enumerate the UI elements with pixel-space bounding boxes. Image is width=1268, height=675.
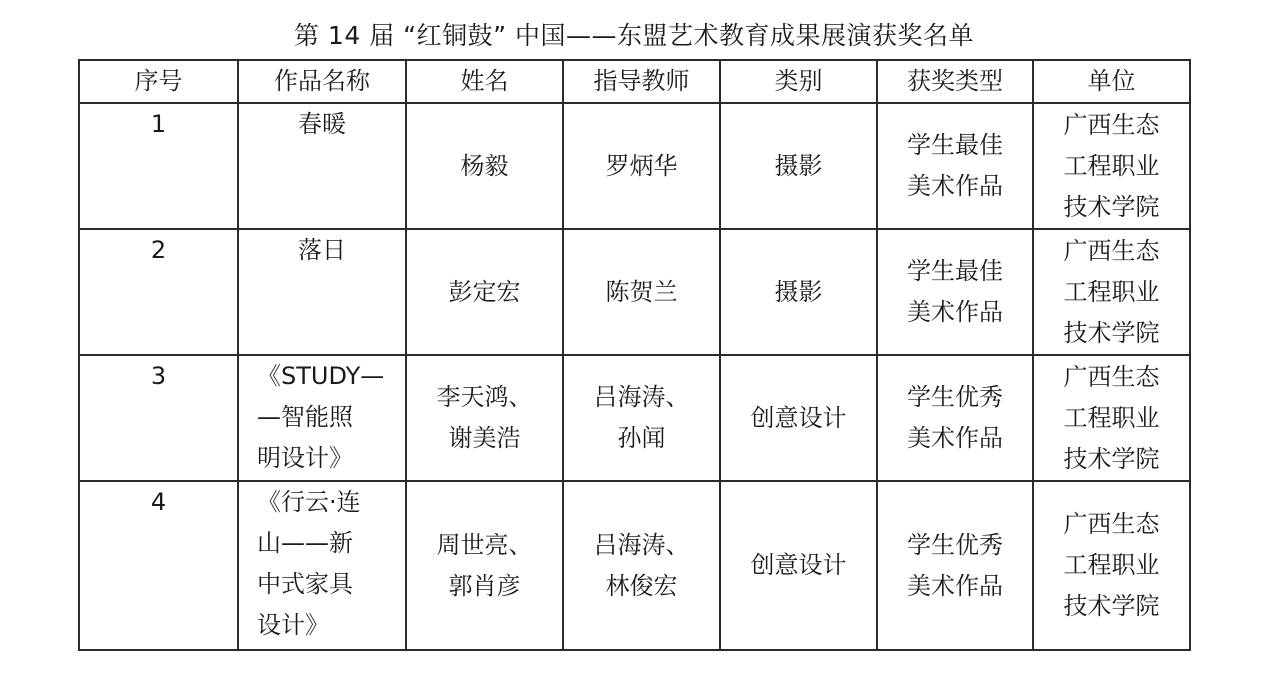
awards-table: 序号 作品名称 姓名 指导教师 类别 获奖类型 单位 1 春暖 杨毅 罗炳华 摄…	[78, 59, 1191, 651]
header-category: 类别	[720, 60, 877, 103]
header-award-type: 获奖类型	[877, 60, 1033, 103]
cell-category: 摄影	[720, 229, 877, 355]
header-name: 姓名	[406, 60, 563, 103]
cell-name: 杨毅	[406, 103, 563, 229]
document-title: 第 14 届 “红铜鼓” 中国——东盟艺术教育成果展演获奖名单	[0, 18, 1268, 54]
cell-advisor: 吕海涛、 孙闻	[563, 355, 720, 481]
cell-name: 李天鸿、 谢美浩	[406, 355, 563, 481]
header-advisor: 指导教师	[563, 60, 720, 103]
cell-work-title: 春暖	[238, 103, 406, 229]
table-row: 2 落日 彭定宏 陈贺兰 摄影 学生最佳 美术作品 广西生态 工程职业 技术学院	[79, 229, 1190, 355]
table-row: 3 《STUDY— —智能照 明设计》 李天鸿、 谢美浩 吕海涛、 孙闻 创意设…	[79, 355, 1190, 481]
cell-category: 创意设计	[720, 355, 877, 481]
header-index: 序号	[79, 60, 238, 103]
cell-unit: 广西生态 工程职业 技术学院	[1033, 355, 1190, 481]
cell-unit: 广西生态 工程职业 技术学院	[1033, 103, 1190, 229]
cell-index: 4	[79, 481, 238, 650]
header-unit: 单位	[1033, 60, 1190, 103]
cell-award-type: 学生最佳 美术作品	[877, 229, 1033, 355]
table-row: 4 《行云·连 山——新 中式家具 设计》 周世亮、 郭肖彦 吕海涛、 林俊宏 …	[79, 481, 1190, 650]
cell-index: 3	[79, 355, 238, 481]
cell-award-type: 学生最佳 美术作品	[877, 103, 1033, 229]
cell-work-title: 《STUDY— —智能照 明设计》	[238, 355, 406, 481]
cell-name: 周世亮、 郭肖彦	[406, 481, 563, 650]
cell-unit: 广西生态 工程职业 技术学院	[1033, 229, 1190, 355]
cell-category: 创意设计	[720, 481, 877, 650]
cell-advisor: 罗炳华	[563, 103, 720, 229]
cell-award-type: 学生优秀 美术作品	[877, 481, 1033, 650]
cell-advisor: 吕海涛、 林俊宏	[563, 481, 720, 650]
cell-award-type: 学生优秀 美术作品	[877, 355, 1033, 481]
cell-unit: 广西生态 工程职业 技术学院	[1033, 481, 1190, 650]
cell-index: 1	[79, 103, 238, 229]
cell-name: 彭定宏	[406, 229, 563, 355]
header-work-title: 作品名称	[238, 60, 406, 103]
cell-category: 摄影	[720, 103, 877, 229]
cell-advisor: 陈贺兰	[563, 229, 720, 355]
cell-index: 2	[79, 229, 238, 355]
cell-work-title: 落日	[238, 229, 406, 355]
table-header-row: 序号 作品名称 姓名 指导教师 类别 获奖类型 单位	[79, 60, 1190, 103]
table-row: 1 春暖 杨毅 罗炳华 摄影 学生最佳 美术作品 广西生态 工程职业 技术学院	[79, 103, 1190, 229]
cell-work-title: 《行云·连 山——新 中式家具 设计》	[238, 481, 406, 650]
